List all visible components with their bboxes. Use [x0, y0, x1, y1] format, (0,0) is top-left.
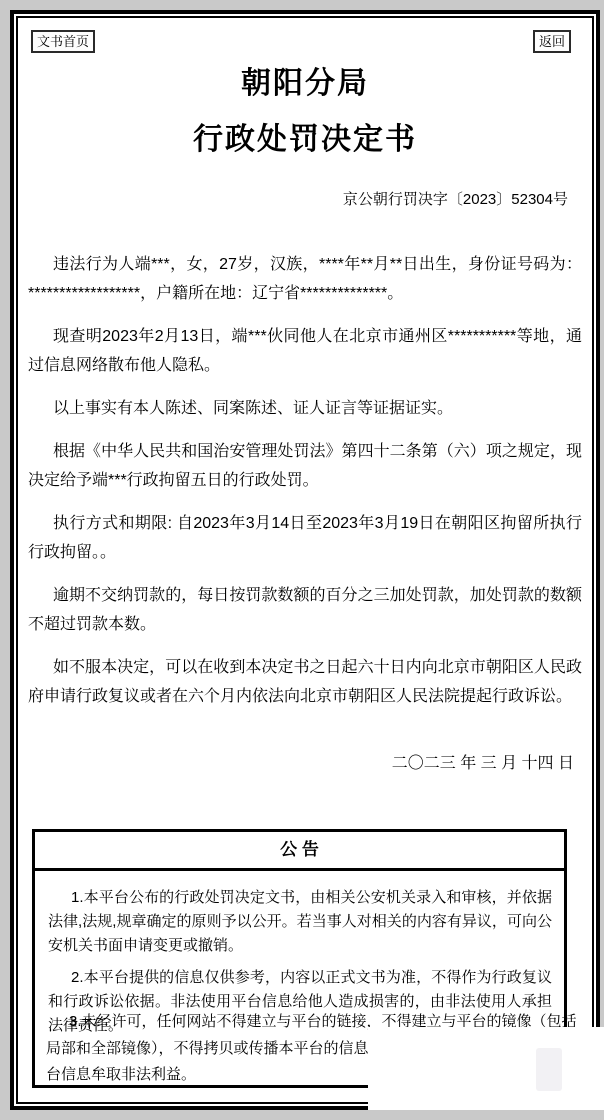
faint-artifact [536, 1048, 562, 1091]
notice-paragraph-3-line-3: 台信息牟取非法利益。 [46, 1063, 196, 1087]
body-paragraph-4: 根据《中华人民共和国治安管理处罚法》第四十二条第（六）项之规定，现决定给予端**… [28, 437, 582, 495]
document-page-inner: 文书首页 返回 朝阳分局 行政处罚决定书 京公朝行罚决字〔2023〕52304号… [16, 16, 594, 1104]
notice-title: 公 告 [35, 832, 564, 871]
body-paragraph-1: 违法行为人端***，女，27岁，汉族，****年**月**日出生，身份证号码为：… [28, 250, 582, 308]
back-button[interactable]: 返回 [533, 30, 571, 53]
agency-title: 朝阳分局 [18, 66, 592, 102]
body-paragraph-7: 如不服本决定，可以在收到本决定书之日起六十日内向北京市朝阳区人民政府申请行政复议… [28, 653, 582, 711]
body-paragraph-2: 现查明2023年2月13日，端***伙同他人在北京市通州区***********… [28, 322, 582, 380]
doc-home-button[interactable]: 文书首页 [31, 30, 95, 53]
document-page: 文书首页 返回 朝阳分局 行政处罚决定书 京公朝行罚决字〔2023〕52304号… [10, 10, 600, 1110]
document-body: 违法行为人端***，女，27岁，汉族，****年**月**日出生，身份证号码为：… [28, 250, 582, 725]
notice-paragraph-1: 1.本平台公布的行政处罚决定文书，由相关公安机关录入和审核，并依据法律,法规,规… [48, 886, 552, 958]
body-paragraph-5: 执行方式和期限: 自2023年3月14日至2023年3月19日在朝阳区拘留所执行… [28, 509, 582, 567]
issue-date: 二〇二三 年 三 月 十四 日 [392, 752, 574, 776]
body-paragraph-3: 以上事实有本人陈述、同案陈述、证人证言等证据证实。 [28, 394, 582, 423]
body-paragraph-6: 逾期不交纳罚款的，每日按罚款数额的百分之三加处罚款，加处罚款的数额不超过罚款本数… [28, 581, 582, 639]
canvas: 文书首页 返回 朝阳分局 行政处罚决定书 京公朝行罚决字〔2023〕52304号… [0, 0, 604, 1120]
white-overlay [368, 1027, 604, 1110]
document-number: 京公朝行罚决字〔2023〕52304号 [18, 189, 568, 211]
document-title: 行政处罚决定书 [18, 122, 592, 158]
